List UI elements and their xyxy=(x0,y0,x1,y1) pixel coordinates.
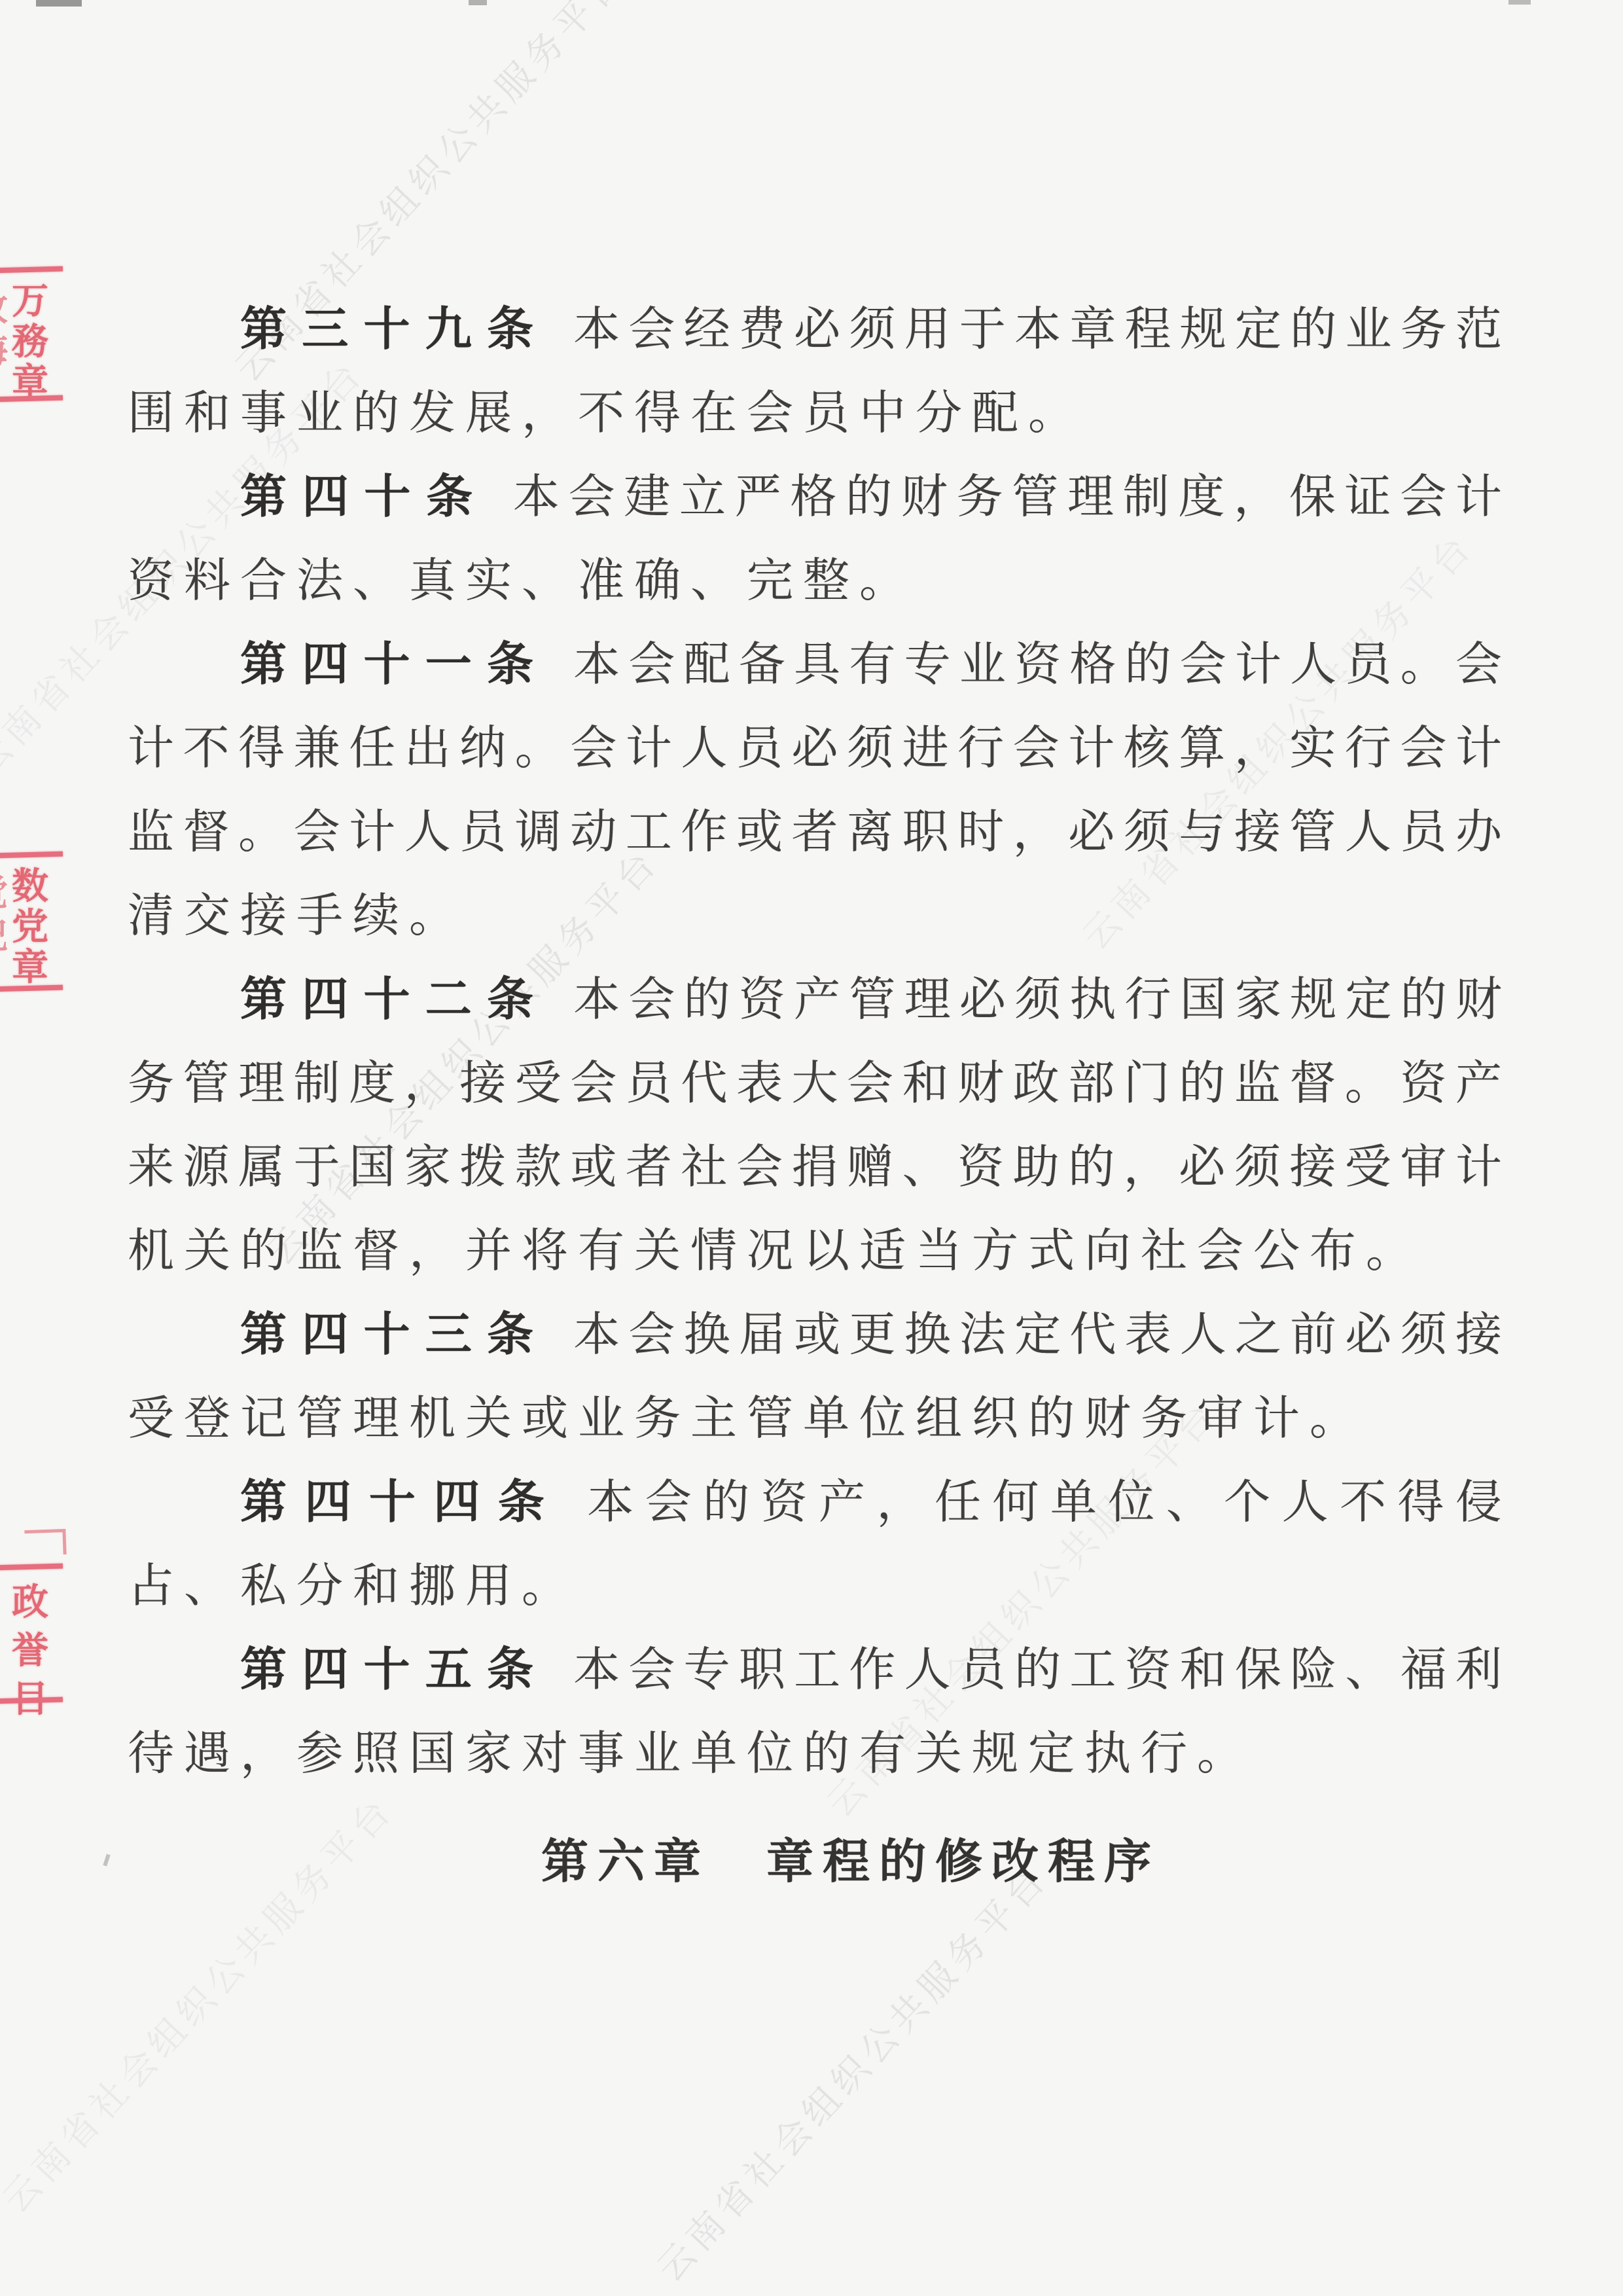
seal-border-line xyxy=(0,1564,63,1571)
seal-characters: 万務章 xyxy=(12,281,48,403)
seal-frame-corner xyxy=(24,1529,66,1556)
article-start-line: 第四十条本会建立严格的财务管理制度，保证会计 xyxy=(128,456,1502,539)
article-line: 占、私分和挪用。 xyxy=(128,1545,1502,1628)
article-line: 资料合法、真实、准确、完整。 xyxy=(128,539,1502,623)
article-line: 务管理制度，接受会员代表大会和财政部门的监督。资产 xyxy=(128,1042,1502,1126)
article-start-line: 第四十五条本会专职工作人员的工资和保险、福利 xyxy=(128,1628,1502,1712)
article-number: 第四十五条 xyxy=(240,1645,548,1696)
article-line: 计不得兼任出纳。会计人员必须进行会计核算，实行会计 xyxy=(128,707,1502,791)
scan-speck xyxy=(103,1854,110,1867)
scan-artifact xyxy=(1508,0,1531,5)
article-line: 清交接手续。 xyxy=(128,874,1502,958)
article-start-line: 第四十二条本会的资产管理必须执行国家规定的财 xyxy=(128,958,1502,1042)
article-number: 第四十四条 xyxy=(240,1477,562,1528)
seal-border-line xyxy=(0,266,63,274)
article-number: 第四十二条 xyxy=(240,975,548,1026)
seal-character-sliver: 政海 xyxy=(0,287,10,373)
scan-artifact xyxy=(469,0,487,5)
seal-character-sliver: 觉记 xyxy=(0,872,10,958)
red-seal-stamp-fragment: 政誉目 xyxy=(0,1564,68,1703)
article-start-line: 第四十四条本会的资产，任何单位、个人不得侵 xyxy=(128,1461,1502,1545)
article-start-line: 第四十一条本会配备具有专业资格的会计人员。会 xyxy=(128,623,1502,707)
article-line: 待遇，参照国家对事业单位的有关规定执行。 xyxy=(128,1712,1502,1796)
document-text-block: 第三十九条本会经费必须用于本章程规定的业务范围和事业的发展，不得在会员中分配。第… xyxy=(128,288,1502,1905)
article-line: 监督。会计人员调动工作或者离职时，必须与接管人员办 xyxy=(128,791,1502,874)
seal-border-line xyxy=(0,1697,63,1704)
red-seal-stamp-fragment: 数党章觉记 xyxy=(0,852,68,991)
scan-artifact xyxy=(36,0,82,7)
seal-border-line xyxy=(0,985,63,992)
seal-characters: 数党章 xyxy=(12,867,48,988)
article-lines: 第三十九条本会经费必须用于本章程规定的业务范围和事业的发展，不得在会员中分配。第… xyxy=(128,288,1502,1796)
scanned-charter-page: 云南省社会组织公共服务平台云南省社会组织公共服务平台云南省社会组织公共服务平台云… xyxy=(0,0,1623,2296)
seal-border-line xyxy=(0,852,63,859)
article-start-line: 第三十九条本会经费必须用于本章程规定的业务范 xyxy=(128,288,1502,372)
article-number: 第四十一条 xyxy=(240,639,548,691)
article-number: 第三十九条 xyxy=(240,304,548,355)
article-start-line: 第四十三条本会换届或更换法定代表人之前必须接 xyxy=(128,1293,1502,1377)
article-line: 来源属于国家拨款或者社会捐赠、资助的，必须接受审计 xyxy=(128,1126,1502,1210)
article-number: 第四十三条 xyxy=(240,1310,548,1361)
article-line: 机关的监督，并将有关情况以适当方式向社会公布。 xyxy=(128,1210,1502,1293)
article-line: 受登记管理机关或业务主管单位组织的财务审计。 xyxy=(128,1377,1502,1461)
article-number: 第四十条 xyxy=(240,472,488,523)
article-line: 围和事业的发展，不得在会员中分配。 xyxy=(128,372,1502,456)
watermark-text: 云南省社会组织公共服务平台 xyxy=(643,1852,1059,2292)
seal-border-line xyxy=(0,395,63,403)
red-seal-stamp-fragment: 万務章政海 xyxy=(0,267,68,401)
chapter-heading: 第六章 章程的修改程序 xyxy=(164,1820,1538,1905)
